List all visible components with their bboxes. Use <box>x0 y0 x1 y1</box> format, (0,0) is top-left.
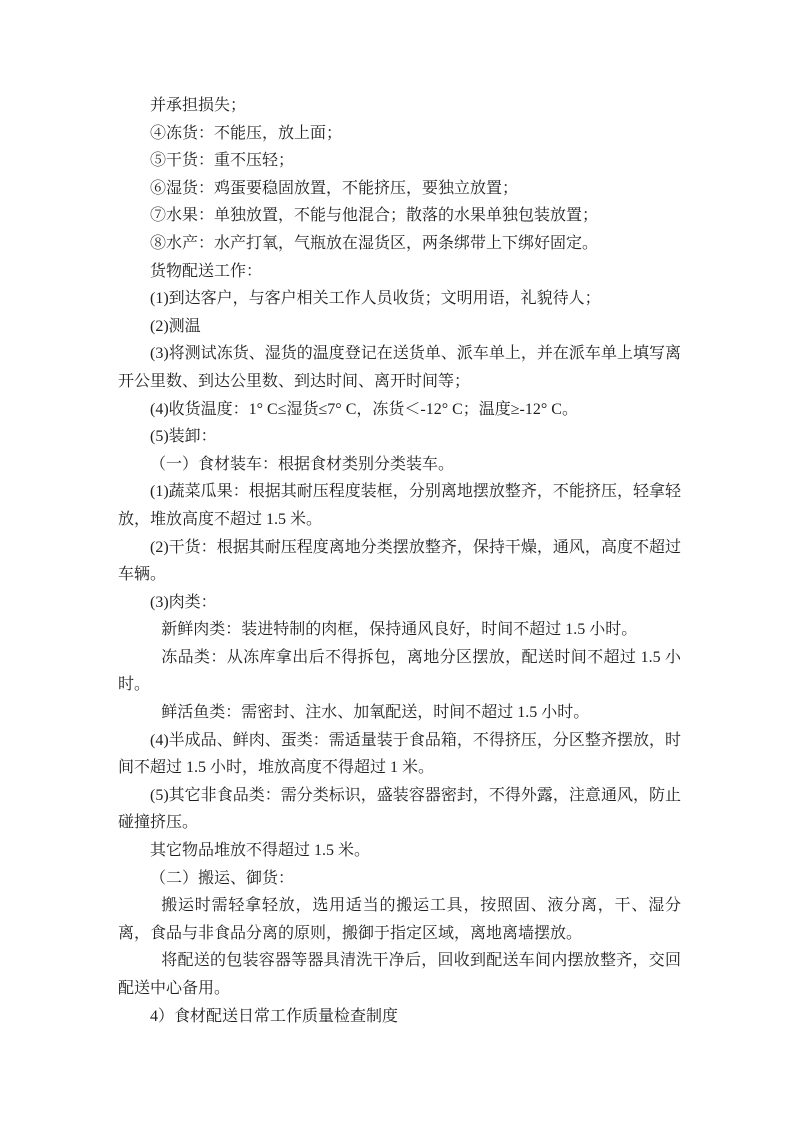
paragraph: (5)装卸： <box>118 423 681 451</box>
paragraph: (1)蔬菜瓜果：根据其耐压程度装框，分别离地摆放整齐，不能挤压，轻拿轻放，堆放高… <box>118 478 681 533</box>
paragraph: (3)肉类： <box>118 589 681 617</box>
document-body: 并承担损失；④冻货：不能压，放上面；⑤干货：重不压轻；⑥湿货：鸡蛋要稳固放置，不… <box>118 92 681 1030</box>
paragraph: ⑥湿货：鸡蛋要稳固放置，不能挤压，要独立放置； <box>118 175 681 203</box>
paragraph: ⑧水产：水产打氧，气瓶放在湿货区，两条绑带上下绑好固定。 <box>118 230 681 258</box>
paragraph: (4)收货温度：1° C≤湿货≤7° C，冻货＜-12° C；温度≥-12° C… <box>118 396 681 424</box>
paragraph: (2)测温 <box>118 313 681 341</box>
paragraph: (5)其它非食品类：需分类标识，盛装容器密封，不得外露，注意通风，防止碰撞挤压。 <box>118 782 681 837</box>
paragraph: (2)干货：根据其耐压程度离地分类摆放整齐，保持干燥，通风，高度不超过车辆。 <box>118 534 681 589</box>
paragraph: ④冻货：不能压，放上面； <box>118 120 681 148</box>
document-page: 并承担损失；④冻货：不能压，放上面；⑤干货：重不压轻；⑥湿货：鸡蛋要稳固放置，不… <box>0 0 793 1122</box>
paragraph: (4)半成品、鲜肉、蛋类：需适量装于食品箱，不得挤压，分区整齐摆放，时间不超过 … <box>118 727 681 782</box>
paragraph: 并承担损失； <box>118 92 681 120</box>
paragraph: (3)将测试冻货、湿货的温度登记在送货单、派车单上，并在派车单上填写离开公里数、… <box>118 340 681 395</box>
paragraph: ⑦水果：单独放置，不能与他混合；散落的水果单独包装放置； <box>118 202 681 230</box>
paragraph: 搬运时需轻拿轻放，选用适当的搬运工具，按照固、液分离，干、湿分离，食品与非食品分… <box>118 892 681 947</box>
paragraph: 4）食材配送日常工作质量检查制度 <box>118 1003 681 1031</box>
paragraph: （一）食材装车：根据食材类别分类装车。 <box>118 451 681 479</box>
paragraph: 货物配送工作： <box>118 258 681 286</box>
paragraph: 鲜活鱼类：需密封、注水、加氧配送，时间不超过 1.5 小时。 <box>118 699 681 727</box>
paragraph: ⑤干货：重不压轻； <box>118 147 681 175</box>
paragraph: 新鲜肉类：装进特制的肉框，保持通风良好，时间不超过 1.5 小时。 <box>118 616 681 644</box>
paragraph: (1)到达客户，与客户相关工作人员收货；文明用语，礼貌待人； <box>118 285 681 313</box>
paragraph: 冻品类：从冻库拿出后不得拆包，离地分区摆放，配送时间不超过 1.5 小时。 <box>118 644 681 699</box>
paragraph: 其它物品堆放不得超过 1.5 米。 <box>118 837 681 865</box>
paragraph: 将配送的包装容器等器具清洗干净后，回收到配送车间内摆放整齐，交回配送中心备用。 <box>118 947 681 1002</box>
paragraph: （二）搬运、御货： <box>118 865 681 893</box>
